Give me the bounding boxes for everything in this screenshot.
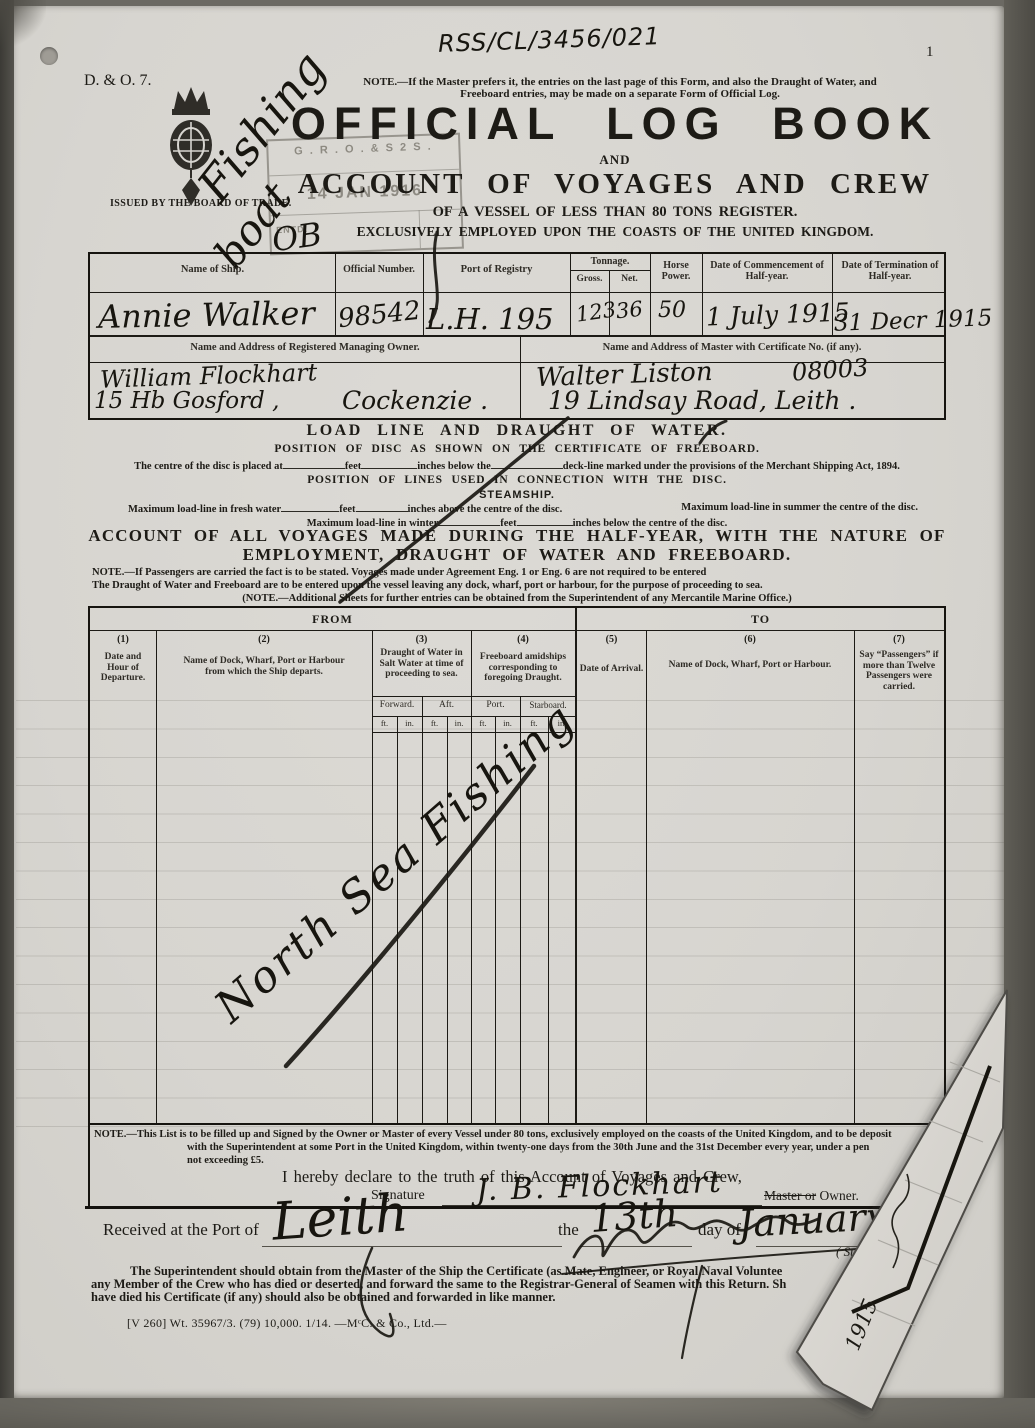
header-tonnage: Tonnage. — [570, 256, 650, 267]
top-note: NOTE.—If the Master prefers it, the entr… — [320, 76, 920, 100]
the-label: the — [558, 1220, 579, 1240]
blank-line — [281, 502, 339, 512]
centre-disc-text4: deck-line marked under the provisions of… — [563, 461, 900, 472]
entry-master-certificate: 08003 — [791, 353, 869, 386]
blank-line — [517, 516, 573, 526]
received-month-value: January — [737, 1194, 888, 1246]
masthead: OFFICIAL LOG BOOK AND ACCOUNT OF VOYAGES… — [280, 100, 950, 240]
unit-ft: ft. — [422, 718, 447, 728]
entry-port-of-registry: L.H. 195 — [426, 302, 554, 336]
fresh-water-segment: Maximum load-line in fresh waterfeetinch… — [128, 502, 562, 515]
grid-line — [854, 630, 855, 1123]
account-heading-line2: EMPLOYMENT, DRAUGHT OF WATER AND FREEBOA… — [88, 545, 946, 565]
col4-label: Freeboard amidships corresponding to for… — [474, 652, 572, 684]
col6-number: (6) — [646, 634, 854, 645]
grid-line — [575, 608, 577, 1123]
footer-note-box: NOTE.—This List is to be filled up and S… — [88, 1125, 946, 1208]
header-official-number: Official Number. — [335, 264, 423, 275]
header-name-of-ship: Name of Ship. — [90, 264, 335, 275]
entry-termination: 31 Decr 1915 — [834, 305, 993, 337]
from-group-header: FROM — [90, 612, 575, 627]
aft-subheader: Aft. — [422, 700, 471, 710]
col5-number: (5) — [577, 634, 646, 645]
header-master: Name and Address of Master with Certific… — [520, 342, 944, 353]
fresh-text1: Maximum load-line in fresh water — [128, 504, 281, 515]
header-port-of-registry: Port of Registry — [423, 264, 570, 275]
footer-note-line3: not exceeding £5. — [187, 1155, 264, 1166]
col2-number: (2) — [156, 634, 372, 645]
scan-edge-bottom — [0, 1398, 1035, 1428]
col7-number: (7) — [854, 634, 944, 645]
scan-edge-left — [0, 0, 14, 1428]
form-code: D. & O. 7. — [84, 72, 152, 90]
grid-line — [646, 630, 647, 1123]
col2-label: Name of Dock, Wharf, Port or Harbour fro… — [174, 656, 354, 677]
header-net: Net. — [609, 274, 650, 284]
scanned-log-book-page: RSS/CL/3456/021 1 D. & O. 7. NOTE.—If th… — [0, 0, 1035, 1428]
entry-ship-name: Annie Walker — [98, 294, 315, 336]
unit-in: in. — [447, 718, 471, 728]
top-note-line1: NOTE.—If the Master prefers it, the entr… — [320, 76, 920, 88]
ship-particulars-table: Name of Ship. Official Number. Port of R… — [88, 252, 946, 420]
header-termination: Date of Termination of Half-year. — [837, 260, 943, 282]
superintendent-label: ( Superintend — [836, 1244, 906, 1260]
entry-owner-address2: Cockenzie . — [342, 386, 488, 415]
subtitle: ACCOUNT OF VOYAGES AND CREW — [280, 168, 950, 200]
load-line-position-disc: POSITION OF DISC AS SHOWN ON THE CERTIFI… — [88, 443, 946, 455]
steamship-label: STEAMSHIP. — [88, 489, 946, 501]
entry-horse-power: 50 — [658, 298, 686, 323]
header-commencement: Date of Commencement of Half-year. — [707, 260, 827, 282]
voyages-table: FROM TO (1) (2) (3) (4) (5) (6) (7) Date… — [88, 606, 946, 1125]
entry-owner-address1: 15 Hb Gosford , — [94, 388, 279, 414]
and-word: AND — [280, 152, 950, 168]
grid-line — [90, 292, 944, 293]
grid-line — [447, 716, 448, 1123]
blank-line — [361, 459, 417, 469]
masthead-line2: EXCLUSIVELY EMPLOYED UPON THE COASTS OF … — [280, 224, 950, 240]
footer-note-line1: NOTE.—This List is to be filled up and S… — [94, 1129, 892, 1140]
received-port-value: Leith — [270, 1183, 410, 1252]
received-day-value: 13th — [589, 1191, 680, 1241]
col4-number: (4) — [471, 634, 575, 645]
col3-label: Draught of Water in Salt Water at time o… — [375, 648, 468, 680]
col3-number: (3) — [372, 634, 471, 645]
blank-line — [438, 516, 500, 526]
account-note1: NOTE.—If Passengers are carried the fact… — [92, 567, 706, 578]
entry-official-number: 98542 — [337, 296, 422, 334]
account-heading-line1: ACCOUNT OF ALL VOYAGES MADE DURING THE H… — [88, 526, 946, 546]
unit-in: in. — [397, 718, 422, 728]
header-managing-owner: Name and Address of Registered Managing … — [90, 342, 520, 353]
entry-gross-tonnage: 123 — [575, 297, 618, 326]
port-subheader: Port. — [471, 700, 520, 710]
grid-line — [422, 696, 423, 1123]
col1-number: (1) — [90, 634, 156, 645]
masthead-line1: OF A VESSEL OF LESS THAN 80 TONS REGISTE… — [280, 204, 950, 221]
main-title: OFFICIAL LOG BOOK — [280, 100, 950, 148]
account-note3: (NOTE.—Additional Sheets for further ent… — [88, 593, 946, 604]
grid-line — [570, 270, 650, 271]
day-of-label: day of — [698, 1220, 741, 1240]
centre-disc-text2: feet — [345, 461, 361, 472]
grid-line — [90, 630, 944, 631]
blank-line — [356, 502, 408, 512]
grid-line — [548, 716, 549, 1123]
load-line-position-lines: POSITION OF LINES USED IN CONNECTION WIT… — [88, 474, 946, 486]
col5-label: Date of Arrival. — [577, 664, 646, 675]
grid-line — [702, 254, 703, 335]
load-line-fresh: Maximum load-line in fresh waterfeetinch… — [128, 502, 918, 515]
account-note2: The Draught of Water and Freeboard are t… — [92, 580, 763, 591]
col1-label: Date and Hour of Departure. — [93, 652, 153, 684]
load-line-centre-line: The centre of the disc is placed atfeeti… — [88, 459, 946, 472]
page-number: 1 — [926, 44, 934, 61]
col7-label: Say “Passengers” if more than Twelve Pas… — [857, 650, 941, 692]
header-gross: Gross. — [570, 274, 609, 284]
centre-disc-text3: inches below the — [417, 461, 491, 472]
scan-corner-top-left — [0, 0, 46, 52]
blank-line — [491, 459, 563, 469]
entry-net-tonnage: 36 — [615, 297, 644, 324]
entry-commencement: 1 July 1915 — [706, 298, 851, 332]
load-line-title: LOAD LINE AND DRAUGHT OF WATER. — [88, 422, 946, 440]
fresh-text3: inches above the centre of the disc. — [408, 504, 563, 515]
col6-label: Name of Dock, Wharf, Port or Harbour. — [666, 660, 834, 671]
grid-line — [156, 630, 157, 1123]
footer-note-line2: with the Superintendent at some Port in … — [187, 1142, 869, 1153]
unit-ft: ft. — [372, 718, 397, 728]
entry-master-address: 19 Lindsay Road, Leith . — [548, 386, 856, 415]
header-horse-power: Horse Power. — [652, 260, 700, 282]
unit-ft: ft. — [471, 718, 495, 728]
fresh-text2: feet — [339, 504, 355, 515]
forward-subheader: Forward. — [372, 700, 422, 710]
blank-line — [283, 459, 345, 469]
scan-edge-right — [1004, 0, 1035, 1428]
grid-line — [397, 716, 398, 1123]
centre-disc-text1: The centre of the disc is placed at — [134, 461, 283, 472]
summer-segment: Maximum load-line in summer the centre o… — [681, 502, 918, 515]
superintendent-para-line3: have died his Certificate (if any) shoul… — [91, 1290, 556, 1305]
received-label: Received at the Port of — [103, 1220, 259, 1240]
to-group-header: TO — [577, 612, 944, 627]
printer-imprint: [V 260] Wt. 35967/3. (79) 10,000. 1/14. … — [127, 1316, 447, 1331]
received-day-line — [580, 1246, 692, 1247]
grid-line — [650, 254, 651, 335]
